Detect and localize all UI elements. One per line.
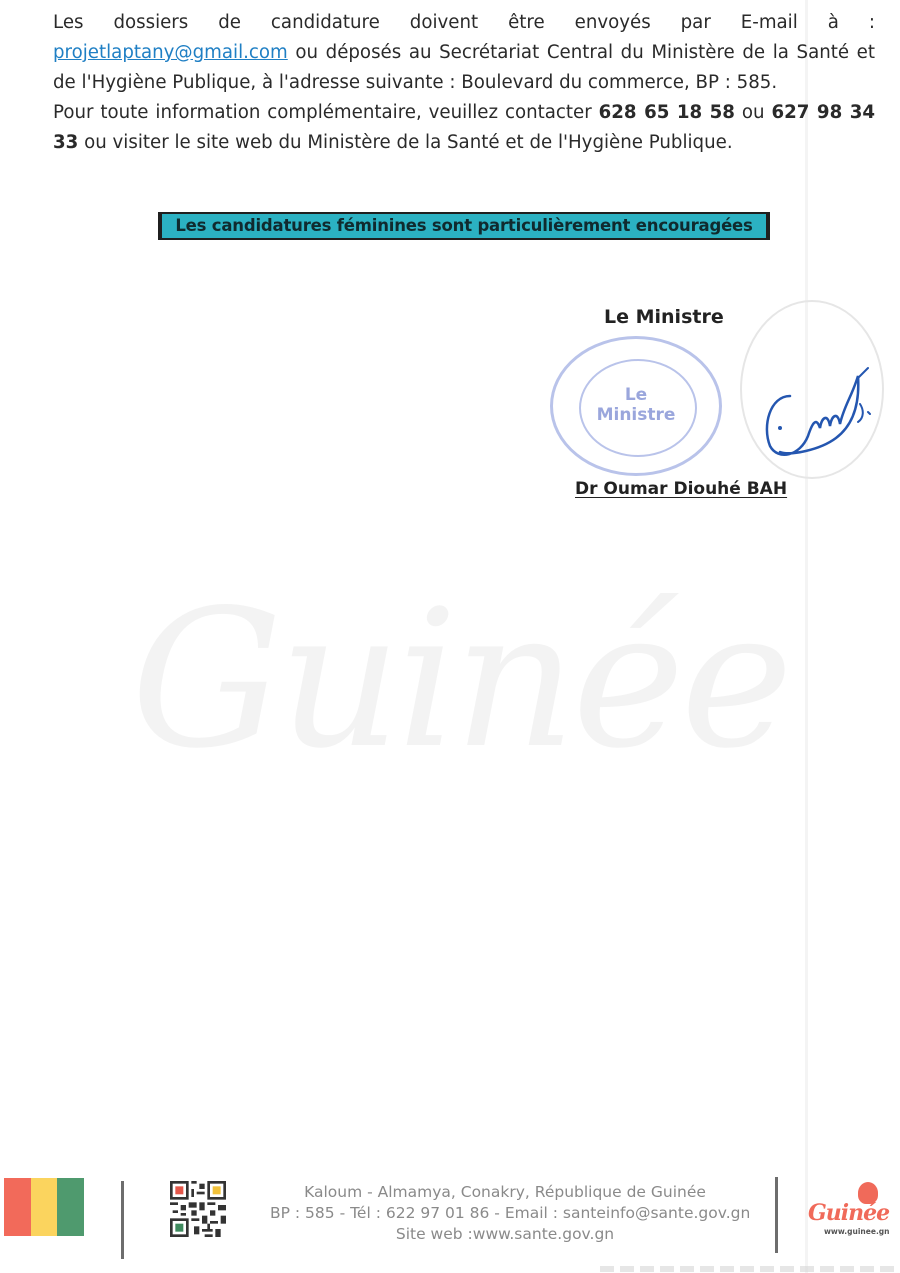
footer-address: Kaloum - Almamya, Conakry, République de…: [270, 1182, 740, 1203]
stamp-text-ministre: Ministre: [553, 405, 719, 425]
paragraph-2: Pour toute information complémentaire, v…: [53, 98, 875, 158]
footer-contact: BP : 585 - Tél : 622 97 01 86 - Email : …: [270, 1203, 740, 1224]
minister-title: Le Ministre: [604, 306, 724, 328]
footer-divider-right: [775, 1177, 778, 1253]
letterhead-footer: Kaloum - Almamya, Conakry, République de…: [0, 1160, 900, 1273]
paragraph-1-line-1: Les dossiers de candidature doivent être…: [53, 8, 875, 38]
flag-red-stripe: [4, 1178, 31, 1236]
flag-yellow-stripe: [31, 1178, 58, 1236]
logo-url: www.guinee.gn: [824, 1227, 890, 1236]
paragraph-2-outro: ou visiter le site web du Ministère de l…: [78, 132, 732, 153]
footer-website: Site web :www.sante.gov.gn: [270, 1224, 740, 1245]
ministry-stamp: Le Ministre: [550, 336, 722, 476]
handwritten-signature-icon: [760, 356, 880, 466]
paragraph-1-rest: projetlaptany@gmail.com ou déposés au Se…: [53, 38, 875, 98]
faint-bottom-text: [600, 1266, 900, 1272]
footer-contact-block: Kaloum - Almamya, Conakry, République de…: [270, 1182, 740, 1245]
scan-artifact-line: [805, 0, 808, 1273]
guinea-flag-icon: [4, 1178, 84, 1236]
guinee-logo-icon: Guinée www.guinee.gn: [806, 1178, 900, 1238]
phone-number-1: 628 65 18 58: [599, 102, 735, 123]
stamp-text-le: Le: [553, 385, 719, 405]
flag-green-stripe: [57, 1178, 84, 1236]
email-link[interactable]: projetlaptany@gmail.com: [53, 42, 288, 63]
notice-text: Les candidatures féminines sont particul…: [162, 214, 766, 238]
signatory-name: Dr Oumar Diouhé BAH: [575, 479, 787, 499]
logo-wordmark: Guinée: [808, 1200, 889, 1226]
guinee-watermark: Guinée: [120, 560, 800, 800]
body-text: Les dossiers de candidature doivent être…: [53, 8, 875, 158]
footer-divider-left: [121, 1181, 124, 1259]
paragraph-2-intro: Pour toute information complémentaire, v…: [53, 102, 599, 123]
qr-code-icon[interactable]: [170, 1181, 226, 1237]
paragraph-2-or: ou: [735, 102, 772, 123]
notice-banner: Les candidatures féminines sont particul…: [158, 212, 770, 240]
